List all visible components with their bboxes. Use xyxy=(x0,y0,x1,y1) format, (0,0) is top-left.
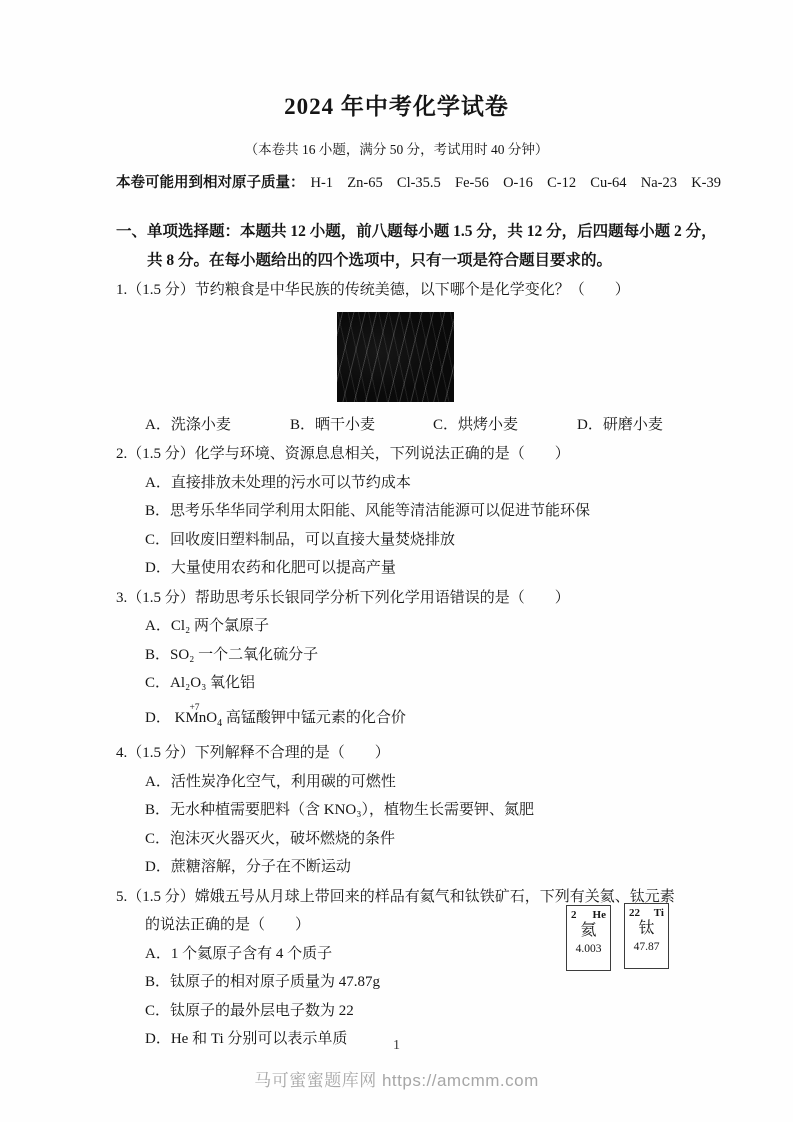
valence-plus7: +7 xyxy=(189,694,199,723)
element-card-titanium: 22 Ti 钛 47.87 xyxy=(624,903,669,969)
atomic-mass-line: 本卷可能用到相对原子质量： H-1 Zn-65 Cl-35.5 Fe-56 O-… xyxy=(0,171,793,192)
question-4-option-a: A．活性炭净化空气，利用碳的可燃性 xyxy=(116,768,723,797)
question-1: 1.（1.5 分）节约粮食是中华民族的传统美德，以下哪个是化学变化？（ ） A．… xyxy=(116,276,723,439)
question-4-option-d: D．蔗糖溶解，分子在不断运动 xyxy=(116,853,723,882)
question-2-option-b: B．思考乐华华同学利用太阳能、风能等清洁能源可以促进节能环保 xyxy=(116,497,723,526)
question-4-option-b: B．无水种植需要肥料（含 KNO₃），植物生长需要钾、氮肥 xyxy=(116,796,723,825)
atomic-mass-k: K-39 xyxy=(691,175,721,192)
question-3-stem: 3.（1.5 分）帮助思考乐长银同学分析下列化学用语错误的是（ ） xyxy=(116,584,723,613)
exam-info-line: （本卷共 16 小题，满分 50 分，考试用时 40 分钟） xyxy=(0,138,793,158)
atomic-mass-c: C-12 xyxy=(547,175,576,192)
formula-k: K xyxy=(175,710,186,726)
question-2-stem: 2.（1.5 分）化学与环境、资源息息相关，下列说法正确的是（ ） xyxy=(116,440,723,469)
titanium-symbol: Ti xyxy=(654,907,664,919)
question-5-stem-line2: 的说法正确的是（ ） xyxy=(145,917,310,933)
atomic-mass-cl: Cl-35.5 xyxy=(397,175,441,192)
section-heading-line1: 一、单项选择题：本题共 12 小题，前八题每小题 1.5 分，共 12 分，后四… xyxy=(116,223,717,240)
question-2-option-c: C．回收废旧塑料制品，可以直接大量焚烧排放 xyxy=(116,526,723,555)
atomic-mass-label: 本卷可能用到相对原子质量： xyxy=(116,171,305,192)
question-1-option-a: A．洗涤小麦 xyxy=(145,411,290,440)
atomic-mass-values: H-1 Zn-65 Cl-35.5 Fe-56 O-16 C-12 Cu-64 … xyxy=(305,175,722,192)
formula-no: nO xyxy=(199,710,217,726)
option-d-label: D． xyxy=(145,710,171,726)
atomic-mass-zn: Zn-65 xyxy=(347,175,382,192)
section-heading: 一、单项选择题：本题共 12 小题，前八题每小题 1.5 分，共 12 分，后四… xyxy=(116,217,723,275)
exam-page: 2024 年中考化学试卷 （本卷共 16 小题，满分 50 分，考试用时 40 … xyxy=(0,0,793,1122)
helium-symbol: He xyxy=(593,909,606,921)
question-1-option-d: D．研磨小麦 xyxy=(577,411,663,440)
section-heading-line2: 共 8 分。在每小题给出的四个选项中，只有一项是符合题目要求的。 xyxy=(147,252,612,269)
option-d-text: 高锰酸钾中锰元素的化合价 xyxy=(226,710,406,726)
kmno4-formula: K+7MnO4 xyxy=(175,710,223,726)
atomic-mass-cu: Cu-64 xyxy=(590,175,626,192)
question-3-option-a: A．Cl₂ 两个氯原子 xyxy=(116,612,723,641)
helium-atomic-number: 2 xyxy=(571,909,577,921)
question-1-options: A．洗涤小麦 B．晒干小麦 C．烘烤小麦 D．研磨小麦 xyxy=(116,411,723,440)
titanium-atomic-mass: 47.87 xyxy=(625,941,668,953)
atomic-mass-o: O-16 xyxy=(503,175,533,192)
question-2: 2.（1.5 分）化学与环境、资源息息相关，下列说法正确的是（ ） A．直接排放… xyxy=(116,440,723,583)
titanium-atomic-number: 22 xyxy=(629,907,640,919)
question-3: 3.（1.5 分）帮助思考乐长银同学分析下列化学用语错误的是（ ） A．Cl₂ … xyxy=(116,584,723,739)
question-2-option-a: A．直接排放未处理的污水可以节约成本 xyxy=(116,469,723,498)
question-3-option-b: B．SO₂ 一个二氧化硫分子 xyxy=(116,641,723,670)
question-1-option-b: B．晒干小麦 xyxy=(290,411,433,440)
site-watermark: 马可蜜蜜题库网 https://amcmm.com xyxy=(0,1066,793,1091)
question-1-stem: 1.（1.5 分）节约粮食是中华民族的传统美德，以下哪个是化学变化？（ ） xyxy=(116,276,723,305)
atomic-mass-na: Na-23 xyxy=(641,175,677,192)
question-4-stem: 4.（1.5 分）下列解释不合理的是（ ） xyxy=(116,739,723,768)
question-3-option-d: D． K+7MnO4 高锰酸钾中锰元素的化合价 xyxy=(116,698,723,739)
question-4: 4.（1.5 分）下列解释不合理的是（ ） A．活性炭净化空气，利用碳的可燃性 … xyxy=(116,739,723,882)
titanium-chinese-name: 钛 xyxy=(625,920,668,938)
wheat-field-photo xyxy=(337,312,454,402)
formula-subscript-4: 4 xyxy=(217,718,222,729)
formula-mn: +7M xyxy=(185,704,198,733)
question-5-stem-line1: 5.（1.5 分）嫦娥五号从月球上带回来的样品有氦气和钛铁矿石，下列有关氦、钛元… xyxy=(116,889,675,905)
atomic-mass-fe: Fe-56 xyxy=(455,175,489,192)
question-5-option-c: C．钛原子的最外层电子数为 22 xyxy=(116,997,723,1026)
question-4-option-c: C．泡沫灭火器灭火，破坏燃烧的条件 xyxy=(116,825,723,854)
question-2-option-d: D．大量使用农药和化肥可以提高产量 xyxy=(116,554,723,583)
element-card-helium: 2 He 氦 4.003 xyxy=(566,905,611,971)
atomic-mass-h: H-1 xyxy=(311,175,334,192)
exam-body: 一、单项选择题：本题共 12 小题，前八题每小题 1.5 分，共 12 分，后四… xyxy=(0,217,793,1054)
question-3-option-c: C．Al₂O₃ 氧化铝 xyxy=(116,669,723,698)
helium-atomic-mass: 4.003 xyxy=(567,943,610,955)
helium-chinese-name: 氦 xyxy=(567,922,610,940)
page-title: 2024 年中考化学试卷 xyxy=(0,0,793,121)
question-5-option-b: B．钛原子的相对原子质量为 47.87g xyxy=(116,968,723,997)
question-1-option-c: C．烘烤小麦 xyxy=(433,411,577,440)
page-number: 1 xyxy=(0,1038,793,1054)
